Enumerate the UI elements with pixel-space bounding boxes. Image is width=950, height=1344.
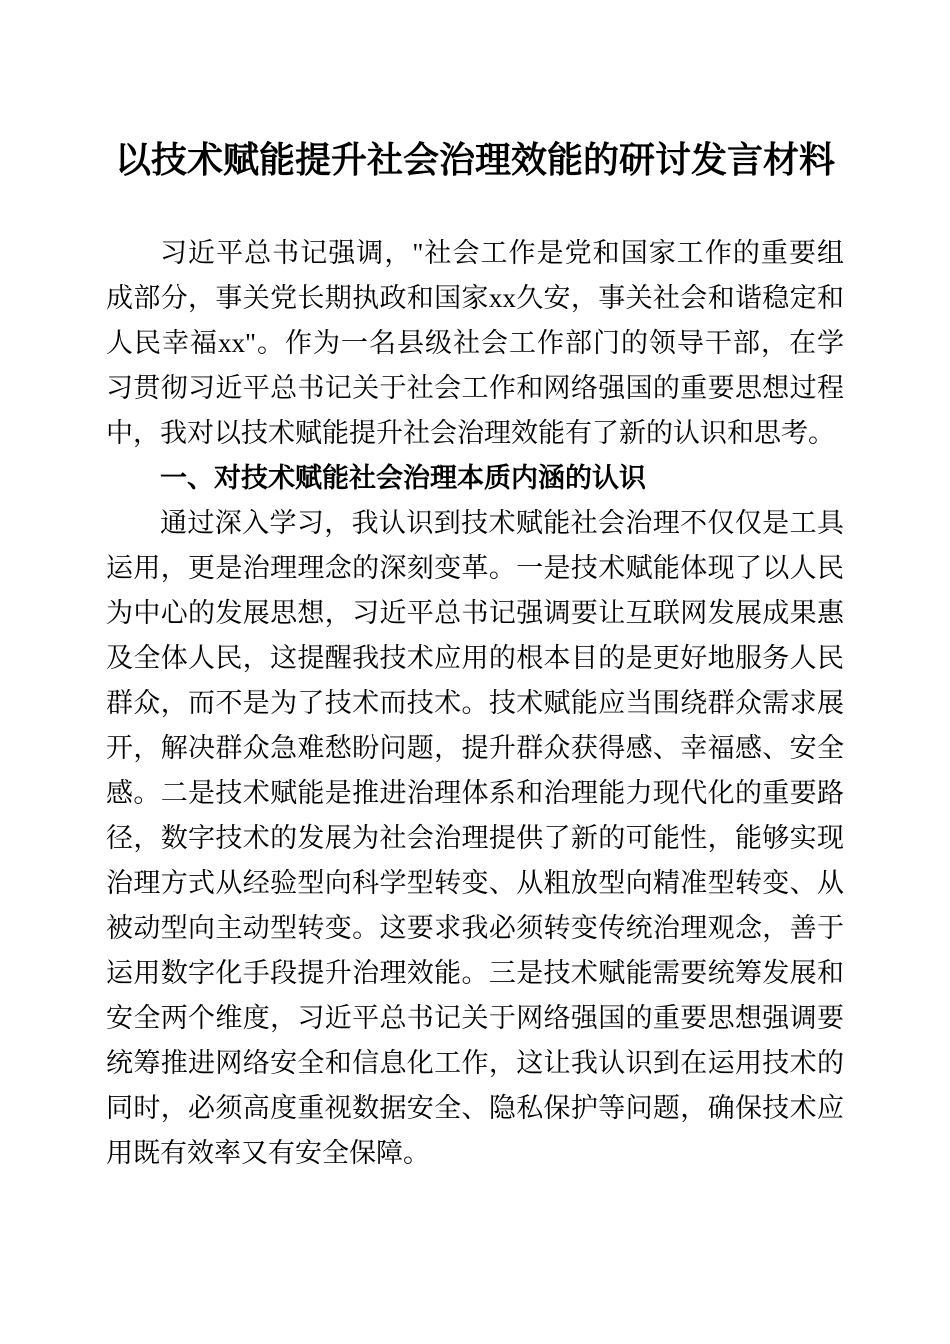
document-page: 以技术赋能提升社会治理效能的研讨发言材料 习近平总书记强调，"社会工作是党和国家… [0,0,950,1344]
intro-paragraph: 习近平总书记强调，"社会工作是党和国家工作的重要组成部分，事关党长期执政和国家x… [106,231,844,456]
section-heading-1: 一、对技术赋能社会治理本质内涵的认识 [106,456,844,501]
document-title: 以技术赋能提升社会治理效能的研讨发言材料 [106,136,844,184]
section-paragraph-1: 通过深入学习，我认识到技术赋能社会治理不仅仅是工具运用，更是治理理念的深刻变革。… [106,501,844,1176]
